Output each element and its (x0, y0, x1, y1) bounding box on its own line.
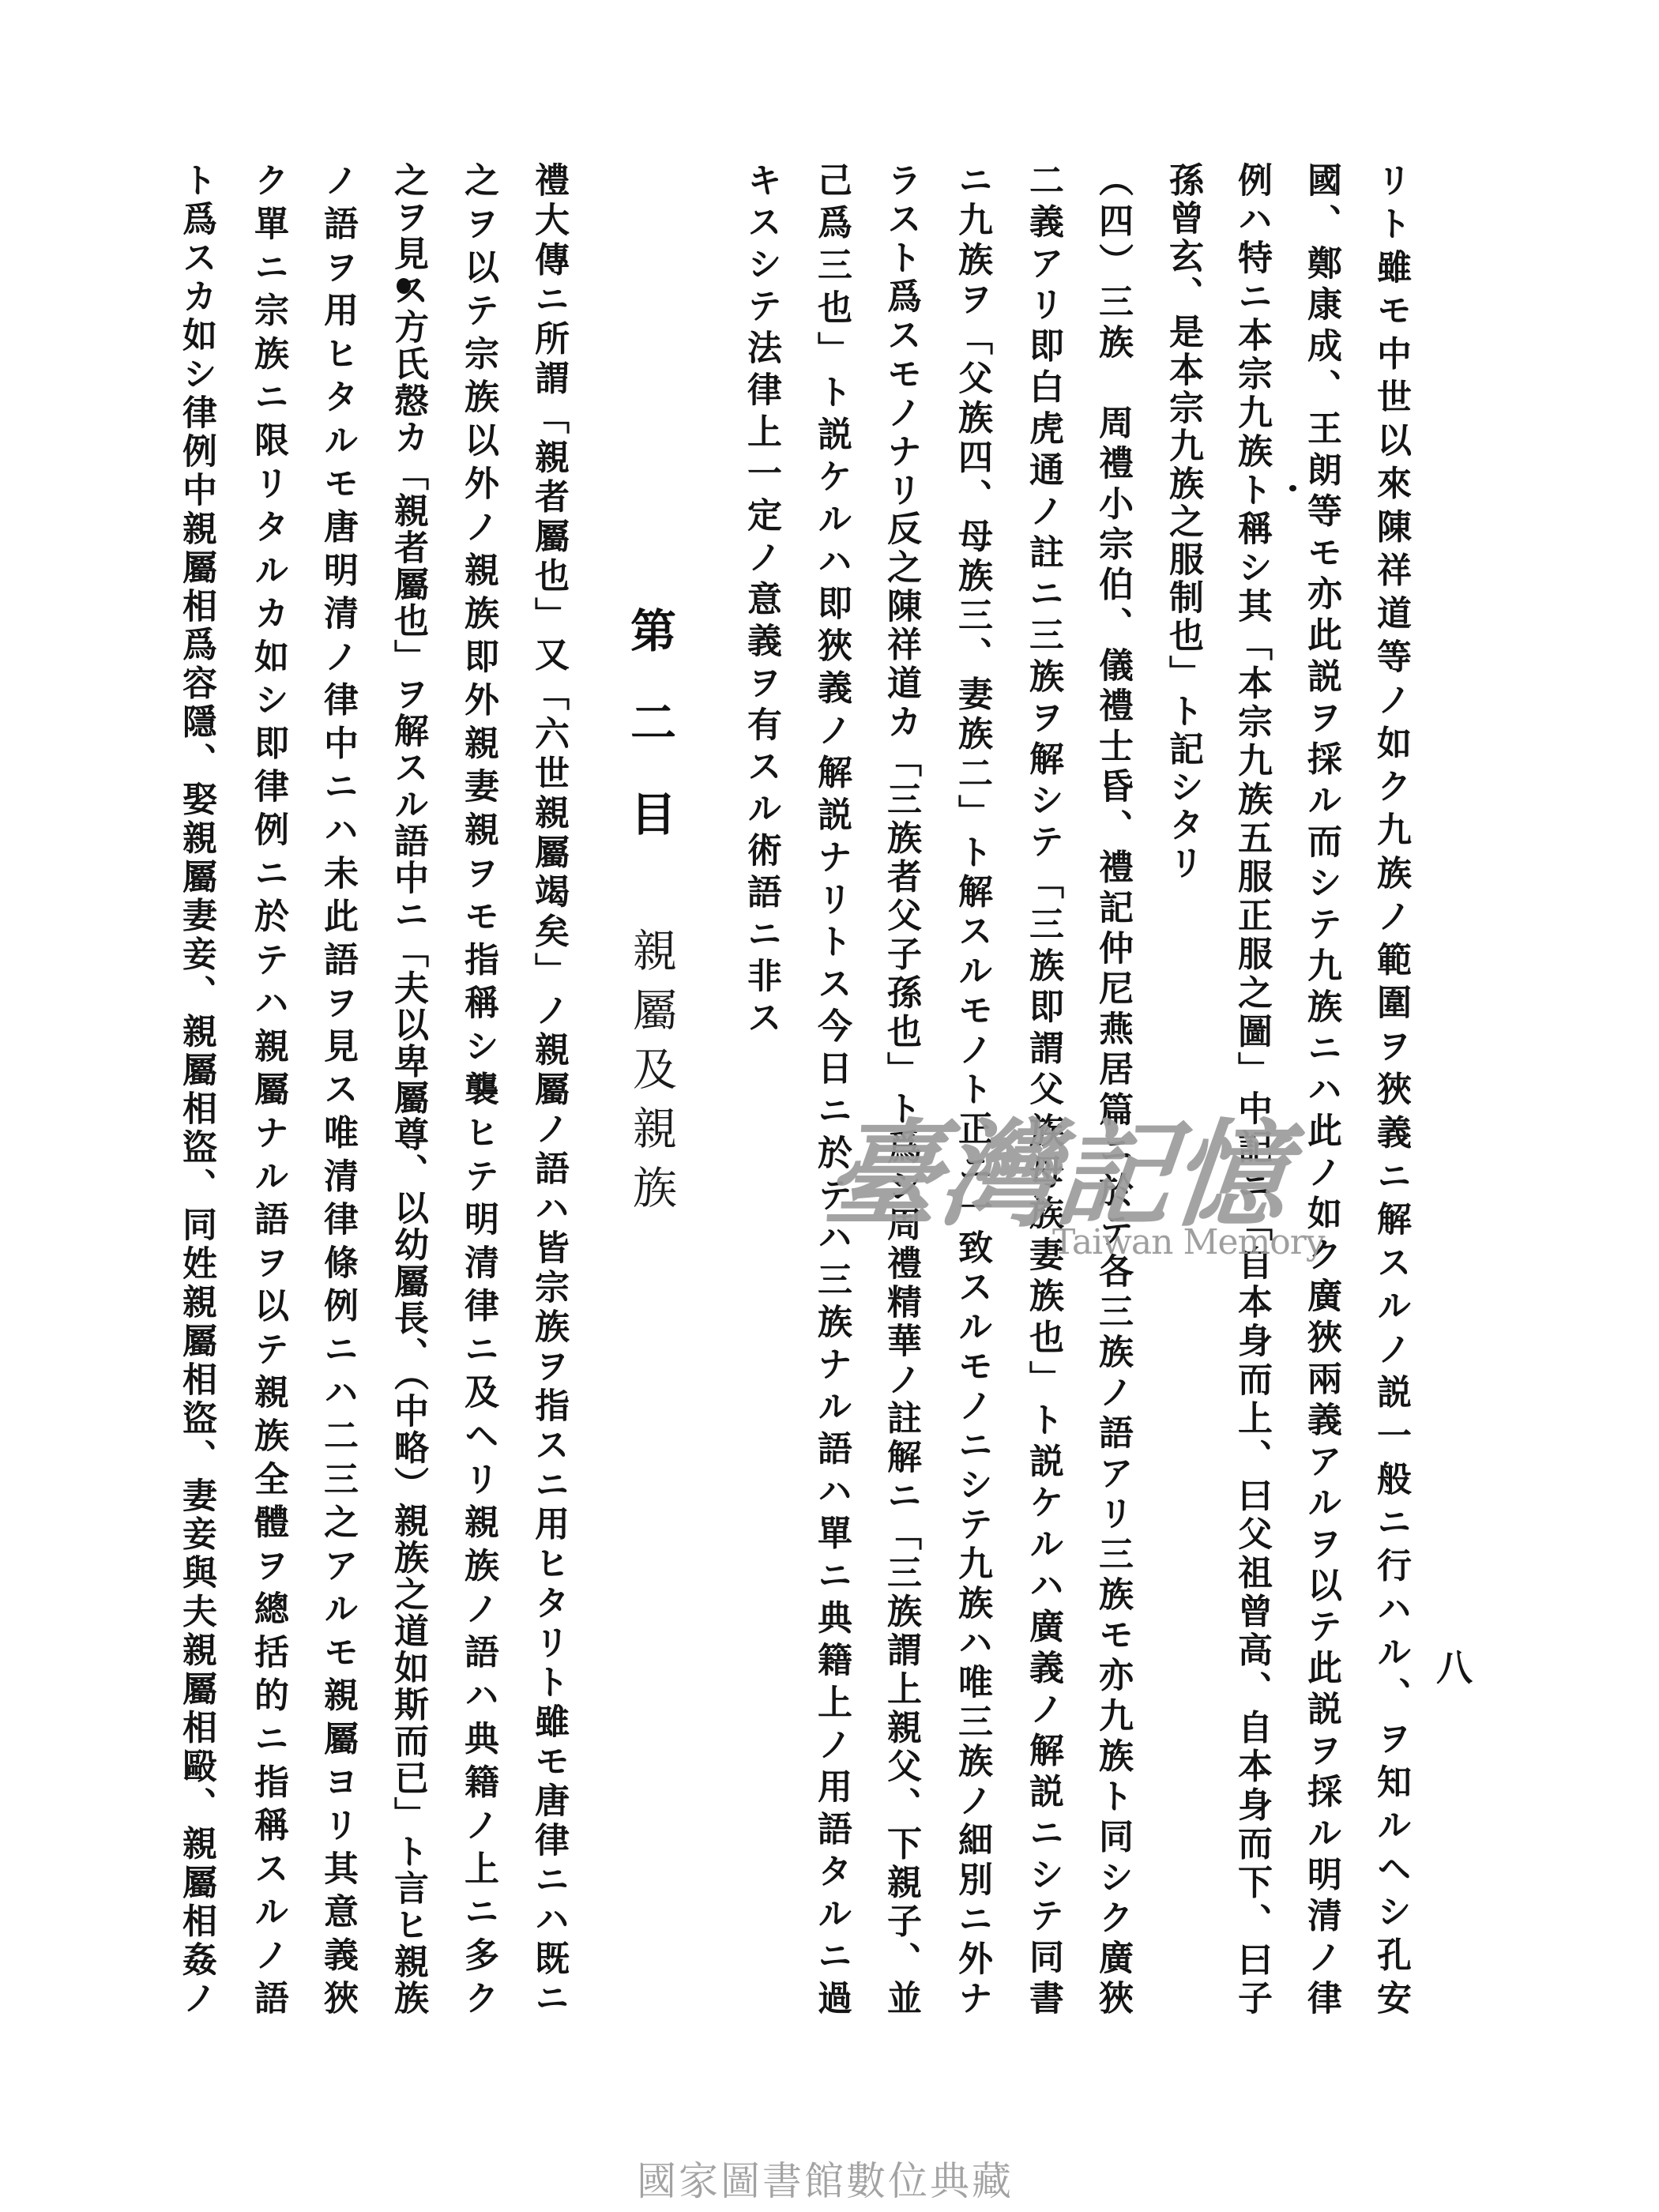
text-column-14: 之ヲ見ス方氏慤カ「親者屬也」ヲ解スル語中ニ「夫以卑屬尊、以幼屬長、（中略）親族之… (386, 162, 430, 2014)
text-column-9: 己爲三也」ト説ケルハ即狹義ノ解説ナリトス今日ニ於テハ三族ナル語ハ單ニ典籍上ノ用語… (809, 162, 853, 2014)
text-column-3: 例ハ特ニ本宗九族ト稱シ其「本宗九族五服正服之圖」中記ニ「自本身而上、曰父祖曾高、… (1229, 162, 1273, 2014)
text-column-8: ラスト爲スモノナリ反之陳祥道カ「三族者父子孫也」ト爲シ周禮精華ノ註解ニ「三族謂上… (878, 162, 923, 2014)
text-column-16: ク單ニ宗族ニ限リタルカ如シ即律例ニ於テハ親屬ナル語ヲ以テ親族全體ヲ總括的ニ指稱ス… (246, 162, 290, 2014)
taiwan-memory-watermark-logo: 臺灣記憶 (819, 1112, 1307, 1239)
national-library-digital-collection-stamp: 國家圖書館數位典藏 (637, 2158, 1032, 2204)
text-column-10: キスシテ法律上一定ノ意義ヲ有スル術語ニ非ス (739, 162, 783, 1041)
text-column-13: 之ヲ以テ宗族以外ノ親族即外親妻親ヲモ指稱シ襲ヒテ明清律ニ及ヘリ親族ノ語ハ典籍ノ上… (456, 162, 500, 2014)
page-number: 八 (1435, 1648, 1474, 1687)
text-column-7: ニ九族ヲ「父族四、母族三、妻族二」ト解スルモノト正ニ一致スルモノニシテ九族ハ唯三… (950, 162, 994, 2014)
text-column-12: 禮大傳ニ所謂「親者屬也」又「六世親屬竭矣」ノ親屬ノ語ハ皆宗族ヲ指スニ用ヒタリト雖… (526, 162, 570, 2014)
text-column-2: 國、鄭康成、王朗等モ亦此説ヲ採ル而シテ九族ニハ此ノ如ク廣狹兩義アルヲ以テ此説ヲ採… (1299, 162, 1343, 2014)
scanned-page: 八 リト雖モ中世以來陳祥道等ノ如ク九族ノ範圍ヲ狹義ニ解スルノ説一般ニ行ハル、ヲ知… (0, 0, 1659, 2212)
text-column-15: ノ語ヲ用ヒタルモ唐明清ノ律中ニハ未此語ヲ見ス唯清律條例ニハ二三之アルモ親屬ヨリ其… (315, 162, 359, 2014)
taiwan-memory-watermark-text: Taiwan Memory (1052, 1221, 1305, 1264)
text-column-6: 二義アリ即白虎通ノ註ニ三族ヲ解シテ「三族即謂父族母族妻族也」ト説ケルハ廣義ノ解説… (1021, 162, 1065, 2014)
ink-blot-mark (397, 278, 411, 294)
text-column-4: 孫曾玄、是本宗九族之服制也」ト記シタリ (1161, 162, 1205, 882)
text-column-5-subsection-four: （四）三族 周禮小宗伯、儀禮士昏、禮記仲尼燕居篇ニ於テ各三族ノ語アリ三族モ亦九族… (1090, 162, 1134, 2014)
text-column-1: リト雖モ中世以來陳祥道等ノ如ク九族ノ範圍ヲ狹義ニ解スルノ説一般ニ行ハル、ヲ知ルヘ… (1368, 162, 1413, 2014)
text-column-17: ト爲スカ如シ律例中親屬相爲容隱、娶親屬妻妾、親屬相盜、同姓親屬相盜、妻妾與夫親屬… (174, 162, 218, 2014)
section-number-heading: 第二目 (624, 607, 675, 882)
ink-dot-mark (1289, 485, 1296, 491)
section-title-heading: 親屬及親族 (626, 927, 676, 1224)
